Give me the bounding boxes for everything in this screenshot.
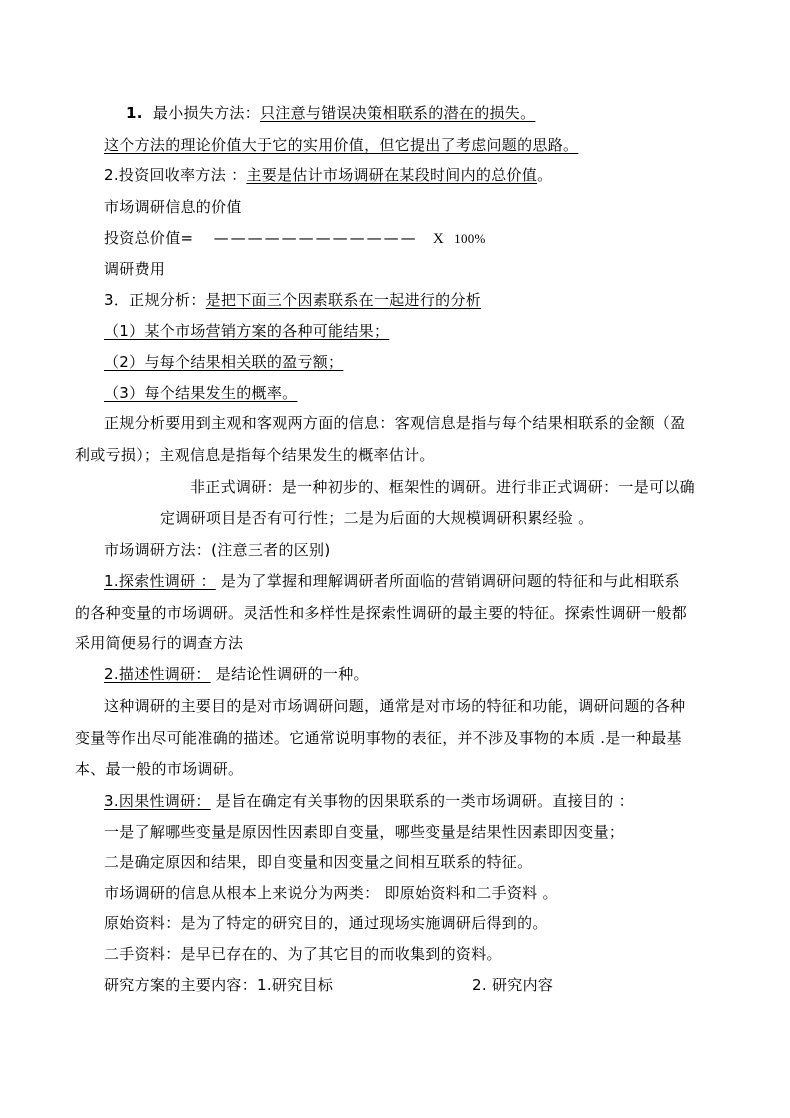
formula-label: 投资总价值= <box>104 229 193 247</box>
item-causal: 3.因果性调研： 是旨在确定有关事物的因果联系的一类市场调研。直接目的 ： <box>104 791 634 811</box>
factor-2: （2）与每个结果相关联的盈亏额； <box>104 352 343 372</box>
paragraph-line: 本、最一般的市场调研。 <box>75 759 243 779</box>
paragraph-line: 非正式调研：是一种初步的、框架性的调研。进行非正式调研：一是可以确 <box>190 477 695 497</box>
paragraph-line: 利或亏损）；主观信息是指每个结果发生的概率估计。 <box>75 445 435 465</box>
paragraph-line: 原始资料：是为了特定的研究目的，通过现场实施调研后得到的。 <box>104 913 548 933</box>
paragraph-line: 二手资料：是早已存在的、为了其它目的而收集到的资料。 <box>104 944 502 964</box>
item-number: 1. <box>126 104 143 122</box>
percent-value: 100% <box>454 231 486 246</box>
item-text: 是把下面三个因素联系在一起进行的分析 <box>206 291 481 309</box>
formula-line: 投资总价值= ———————————— X 100% <box>104 228 486 249</box>
item-label: 3．正规分析： <box>104 291 206 309</box>
item-label: 1.探索性调研 ： <box>104 572 216 590</box>
item-min-loss: 1. 最小损失方法：只注意与错误决策相联系的潜在的损失。 <box>126 103 535 123</box>
item-label: 研究方案的主要内容：1.研究目标 <box>104 976 333 994</box>
paragraph-line: 市场调研的信息从根本上来说分为两类： 即原始资料和二手资料 。 <box>104 883 558 903</box>
factor-1: （1）某个市场营销方案的各种可能结果； <box>104 321 389 341</box>
item-text: 是旨在确定有关事物的因果联系的一类市场调研。直接目的 ： <box>211 792 634 810</box>
item-text: 主要是估计市场调研在某段时间内的总价值 <box>246 166 537 184</box>
item-text: 是结论性调研的一种。 <box>211 665 369 683</box>
item-exploratory: 1.探索性调研 ： 是为了掌握和理解调研者所面临的营销调研问题的特征和与此相联系 <box>104 571 680 591</box>
item-formal-analysis: 3．正规分析：是把下面三个因素联系在一起进行的分析 <box>104 290 481 310</box>
paragraph-line: 变量等作出尽可能准确的描述。它通常说明事物的表征，并不涉及事物的本质 .是一种最… <box>75 728 682 748</box>
paragraph-line: 二是确定原因和结果，即自变量和因变量之间相互联系的特征。 <box>104 852 532 872</box>
item-label: 3.因果性调研： <box>104 792 211 810</box>
multiply-sign: X <box>433 231 444 247</box>
section-heading: 市场调研方法：(注意三者的区别) <box>104 540 331 560</box>
paragraph-line: 这个方法的理论价值大于它的实用价值，但它提出了考虑问题的思路。 <box>104 135 578 155</box>
item-label: 最小损失方法： <box>153 104 260 122</box>
item-label: 2.投资回收率方法 ： <box>104 166 246 184</box>
formula-numerator: 市场调研信息的价值 <box>104 197 242 217</box>
item-text: 2. 研究内容 <box>472 975 553 995</box>
item-text: 是为了掌握和理解调研者所面临的营销调研问题的特征和与此相联系 <box>216 572 680 590</box>
fraction-bar: ———————————— <box>214 229 418 247</box>
research-plan-line: 研究方案的主要内容：1.研究目标 2. 研究内容 <box>104 975 333 995</box>
formula-denominator: 调研费用 <box>104 259 165 279</box>
paragraph-line: 一是了解哪些变量是原因性因素即自变量，哪些变量是结果性因素即因变量； <box>104 822 624 842</box>
paragraph-line: 正规分析要用到主观和客观两方面的信息：客观信息是指与每个结果相联系的金额（盈 <box>104 413 685 433</box>
item-label: 2.描述性调研： <box>104 665 211 683</box>
paragraph-line: 采用简便易行的调查方法 <box>75 633 243 653</box>
item-descriptive: 2.描述性调研： 是结论性调研的一种。 <box>104 664 369 684</box>
paragraph-line: 定调研项目是否有可行性；二是为后面的大规模调研积累经验 。 <box>160 508 593 528</box>
item-roi: 2.投资回收率方法 ：主要是估计市场调研在某段时间内的总价值。 <box>104 165 552 185</box>
punct: 。 <box>537 166 552 184</box>
paragraph-line: 的各种变量的市场调研。灵活性和多样性是探索性调研的最主要的特征。探索性调研一般都 <box>75 603 687 623</box>
factor-3: （3）每个结果发生的概率。 <box>104 383 297 403</box>
paragraph-line: 这种调研的主要目的是对市场调研问题，通常是对市场的特征和功能，调研问题的各种 <box>104 696 685 716</box>
item-text: 只注意与错误决策相联系的潜在的损失。 <box>260 104 535 122</box>
